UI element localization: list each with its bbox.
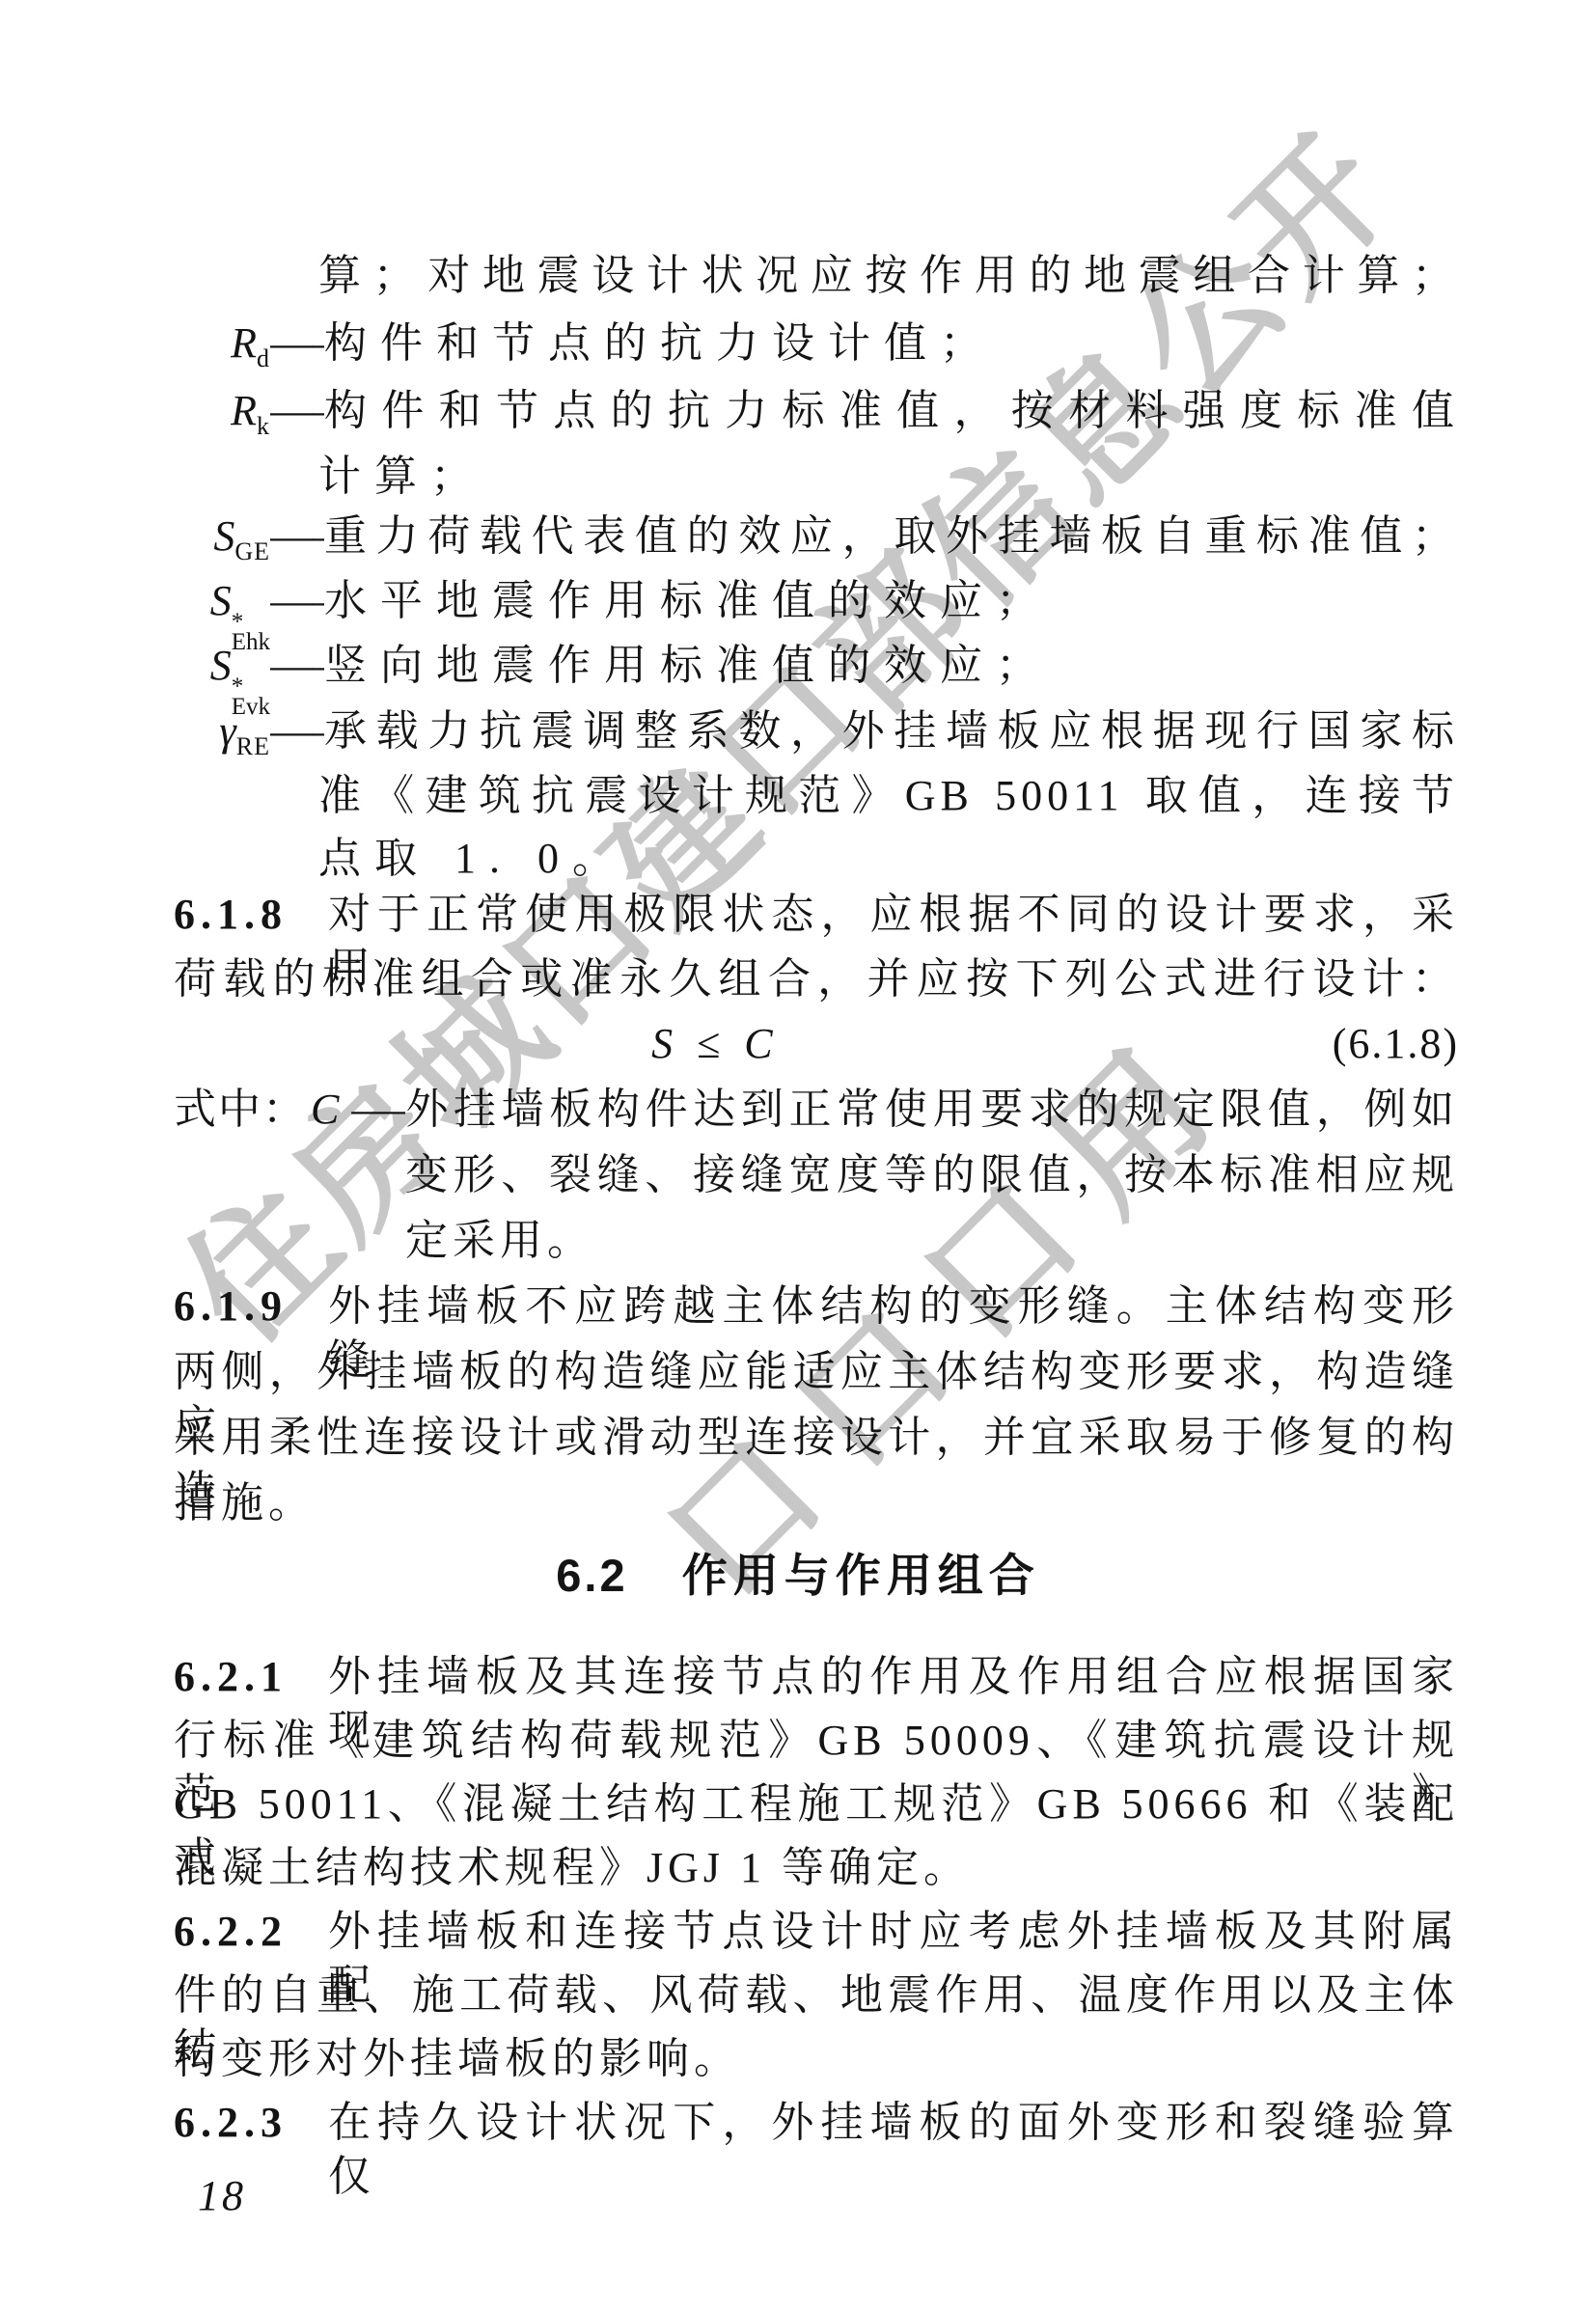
clause-6-2-2-line-2: 件的自重、施工荷载、风荷载、地震作用、温度作用以及主体结: [174, 1968, 1459, 2026]
clause-text: 在持久设计状况下，外挂墙板的面外变形和裂缝验算仅: [328, 2096, 1459, 2204]
symbol-rd: Rd: [174, 316, 270, 386]
document-page: 住房城口建口部信息公开 口口口用 算；对地震设计状况应按作用的地震组合计算； R…: [0, 0, 1596, 2311]
symbol-def-gamma-cont-1: 准《建筑抗震设计规范》GB 50011 取值，连接节: [318, 769, 1459, 827]
formula-body: S≤C: [135, 1017, 1294, 1071]
clause-number: 6.1.8: [174, 888, 288, 942]
symbol-def-gamma-re: γRE —— 承载力抗震调整系数，外挂墙板应根据现行国家标: [174, 704, 1459, 762]
clause-6-1-8-row: 6.1.8 对于正常使用极限状态，应根据不同的设计要求，采用: [174, 888, 1459, 946]
formula-number: (6.1.8): [1333, 1017, 1459, 1071]
less-equal-operator: ≤: [697, 1020, 725, 1067]
clause-number: 6.1.9: [174, 1279, 288, 1334]
clause-6-2-1-line-4: 混凝土结构技术规程》JGJ 1 等确定。: [174, 1841, 971, 1899]
where-clause-row: 式中： C —— 外挂墙板构件达到正常使用要求的规定限值，例如: [174, 1083, 1459, 1141]
clause-6-1-9-row: 6.1.9 外挂墙板不应跨越主体结构的变形缝。主体结构变形缝: [174, 1279, 1459, 1337]
clause-6-2-1-row: 6.2.1 外挂墙板及其连接节点的作用及作用组合应根据国家现: [174, 1650, 1459, 1708]
symbol-def-sevk: S*Evk —— 竖向地震作用标准值的效应；: [174, 639, 1459, 697]
clause-6-1-9-line-4: 措施。: [174, 1476, 316, 1534]
def-dash: ——: [351, 1083, 405, 1137]
page-number: 18: [198, 2169, 246, 2227]
where-clause-line-3: 定采用。: [405, 1214, 594, 1272]
clause-6-2-2-line-3: 构变形对外挂墙板的影响。: [174, 2032, 741, 2090]
where-clause-line-2: 变形、裂缝、接缝宽度等的限值，按本标准相应规: [405, 1148, 1459, 1206]
symbol-def-text: 构件和节点的抗力标准值，按材料强度标准值: [324, 384, 1459, 438]
def-dash: ——: [270, 704, 324, 758]
where-text: 外挂墙板构件达到正常使用要求的规定限值，例如: [405, 1083, 1459, 1137]
symbol-def-rd: Rd —— 构件和节点的抗力设计值；: [174, 316, 1459, 374]
clause-6-2-1-line-2: 行标准《建筑结构荷载规范》GB 50009、《建筑抗震设计规范》: [174, 1714, 1459, 1772]
symbol-def-rk: Rk —— 构件和节点的抗力标准值，按材料强度标准值: [174, 384, 1459, 442]
clause-6-2-2-row: 6.2.2 外挂墙板和连接节点设计时应考虑外挂墙板及其附属配: [174, 1905, 1459, 1963]
symbol-def-rk-cont: 计算；: [318, 450, 486, 508]
section-6-2-heading: 6.2 作用与作用组合: [0, 1549, 1596, 1607]
symbol-gamma-re: γRE: [174, 704, 270, 774]
symbol-def-text: 承载力抗震调整系数，外挂墙板应根据现行国家标: [324, 704, 1459, 758]
symbol-def-text: 竖向地震作用标准值的效应；: [324, 639, 1459, 693]
symbol-def-text: 构件和节点的抗力设计值；: [324, 316, 1459, 371]
formula-6-1-8-row: S≤C (6.1.8): [174, 1017, 1459, 1075]
intro-carry-line: 算；对地震设计状况应按作用的地震组合计算；: [318, 249, 1459, 307]
symbol-c: C: [311, 1083, 344, 1137]
clause-6-1-8-line-2: 荷载的标准组合或准永久组合，并应按下列公式进行设计：: [174, 952, 1459, 1010]
clause-6-1-9-line-2: 两侧，外挂墙板的构造缝应能适应主体结构变形要求，构造缝应: [174, 1345, 1459, 1403]
symbol-rk: Rk: [174, 384, 270, 454]
def-dash: ——: [270, 639, 324, 693]
symbol-def-gamma-cont-2: 点取 1. 0。: [318, 832, 628, 890]
def-dash: ——: [270, 574, 324, 628]
symbol-def-text: 水平地震作用标准值的效应；: [324, 574, 1459, 628]
clause-number: 6.2.1: [174, 1650, 288, 1704]
symbol-def-sehk: S*Ehk —— 水平地震作用标准值的效应；: [174, 574, 1459, 632]
clause-6-2-1-line-3: GB 50011、《混凝土结构工程施工规范》GB 50666 和《装配式: [174, 1777, 1459, 1835]
clause-6-1-9-line-3: 采用柔性连接设计或滑动型连接设计，并宜采取易于修复的构造: [174, 1411, 1459, 1469]
symbol-def-text: 重力荷载代表值的效应，取外挂墙板自重标准值；: [324, 509, 1459, 564]
clause-6-2-3-row: 6.2.3 在持久设计状况下，外挂墙板的面外变形和裂缝验算仅: [174, 2096, 1459, 2154]
def-dash: ——: [270, 384, 324, 438]
section-number: 6.2: [556, 1550, 627, 1601]
clause-number: 6.2.3: [174, 2096, 288, 2150]
section-title: 作用与作用组合: [682, 1550, 1040, 1601]
symbol-def-sge: SGE —— 重力荷载代表值的效应，取外挂墙板自重标准值；: [174, 509, 1459, 567]
clause-number: 6.2.2: [174, 1905, 288, 1959]
def-dash: ——: [270, 509, 324, 564]
where-prefix: 式中：: [174, 1083, 307, 1137]
def-dash: ——: [270, 316, 324, 371]
symbol-sge: SGE: [174, 509, 270, 579]
